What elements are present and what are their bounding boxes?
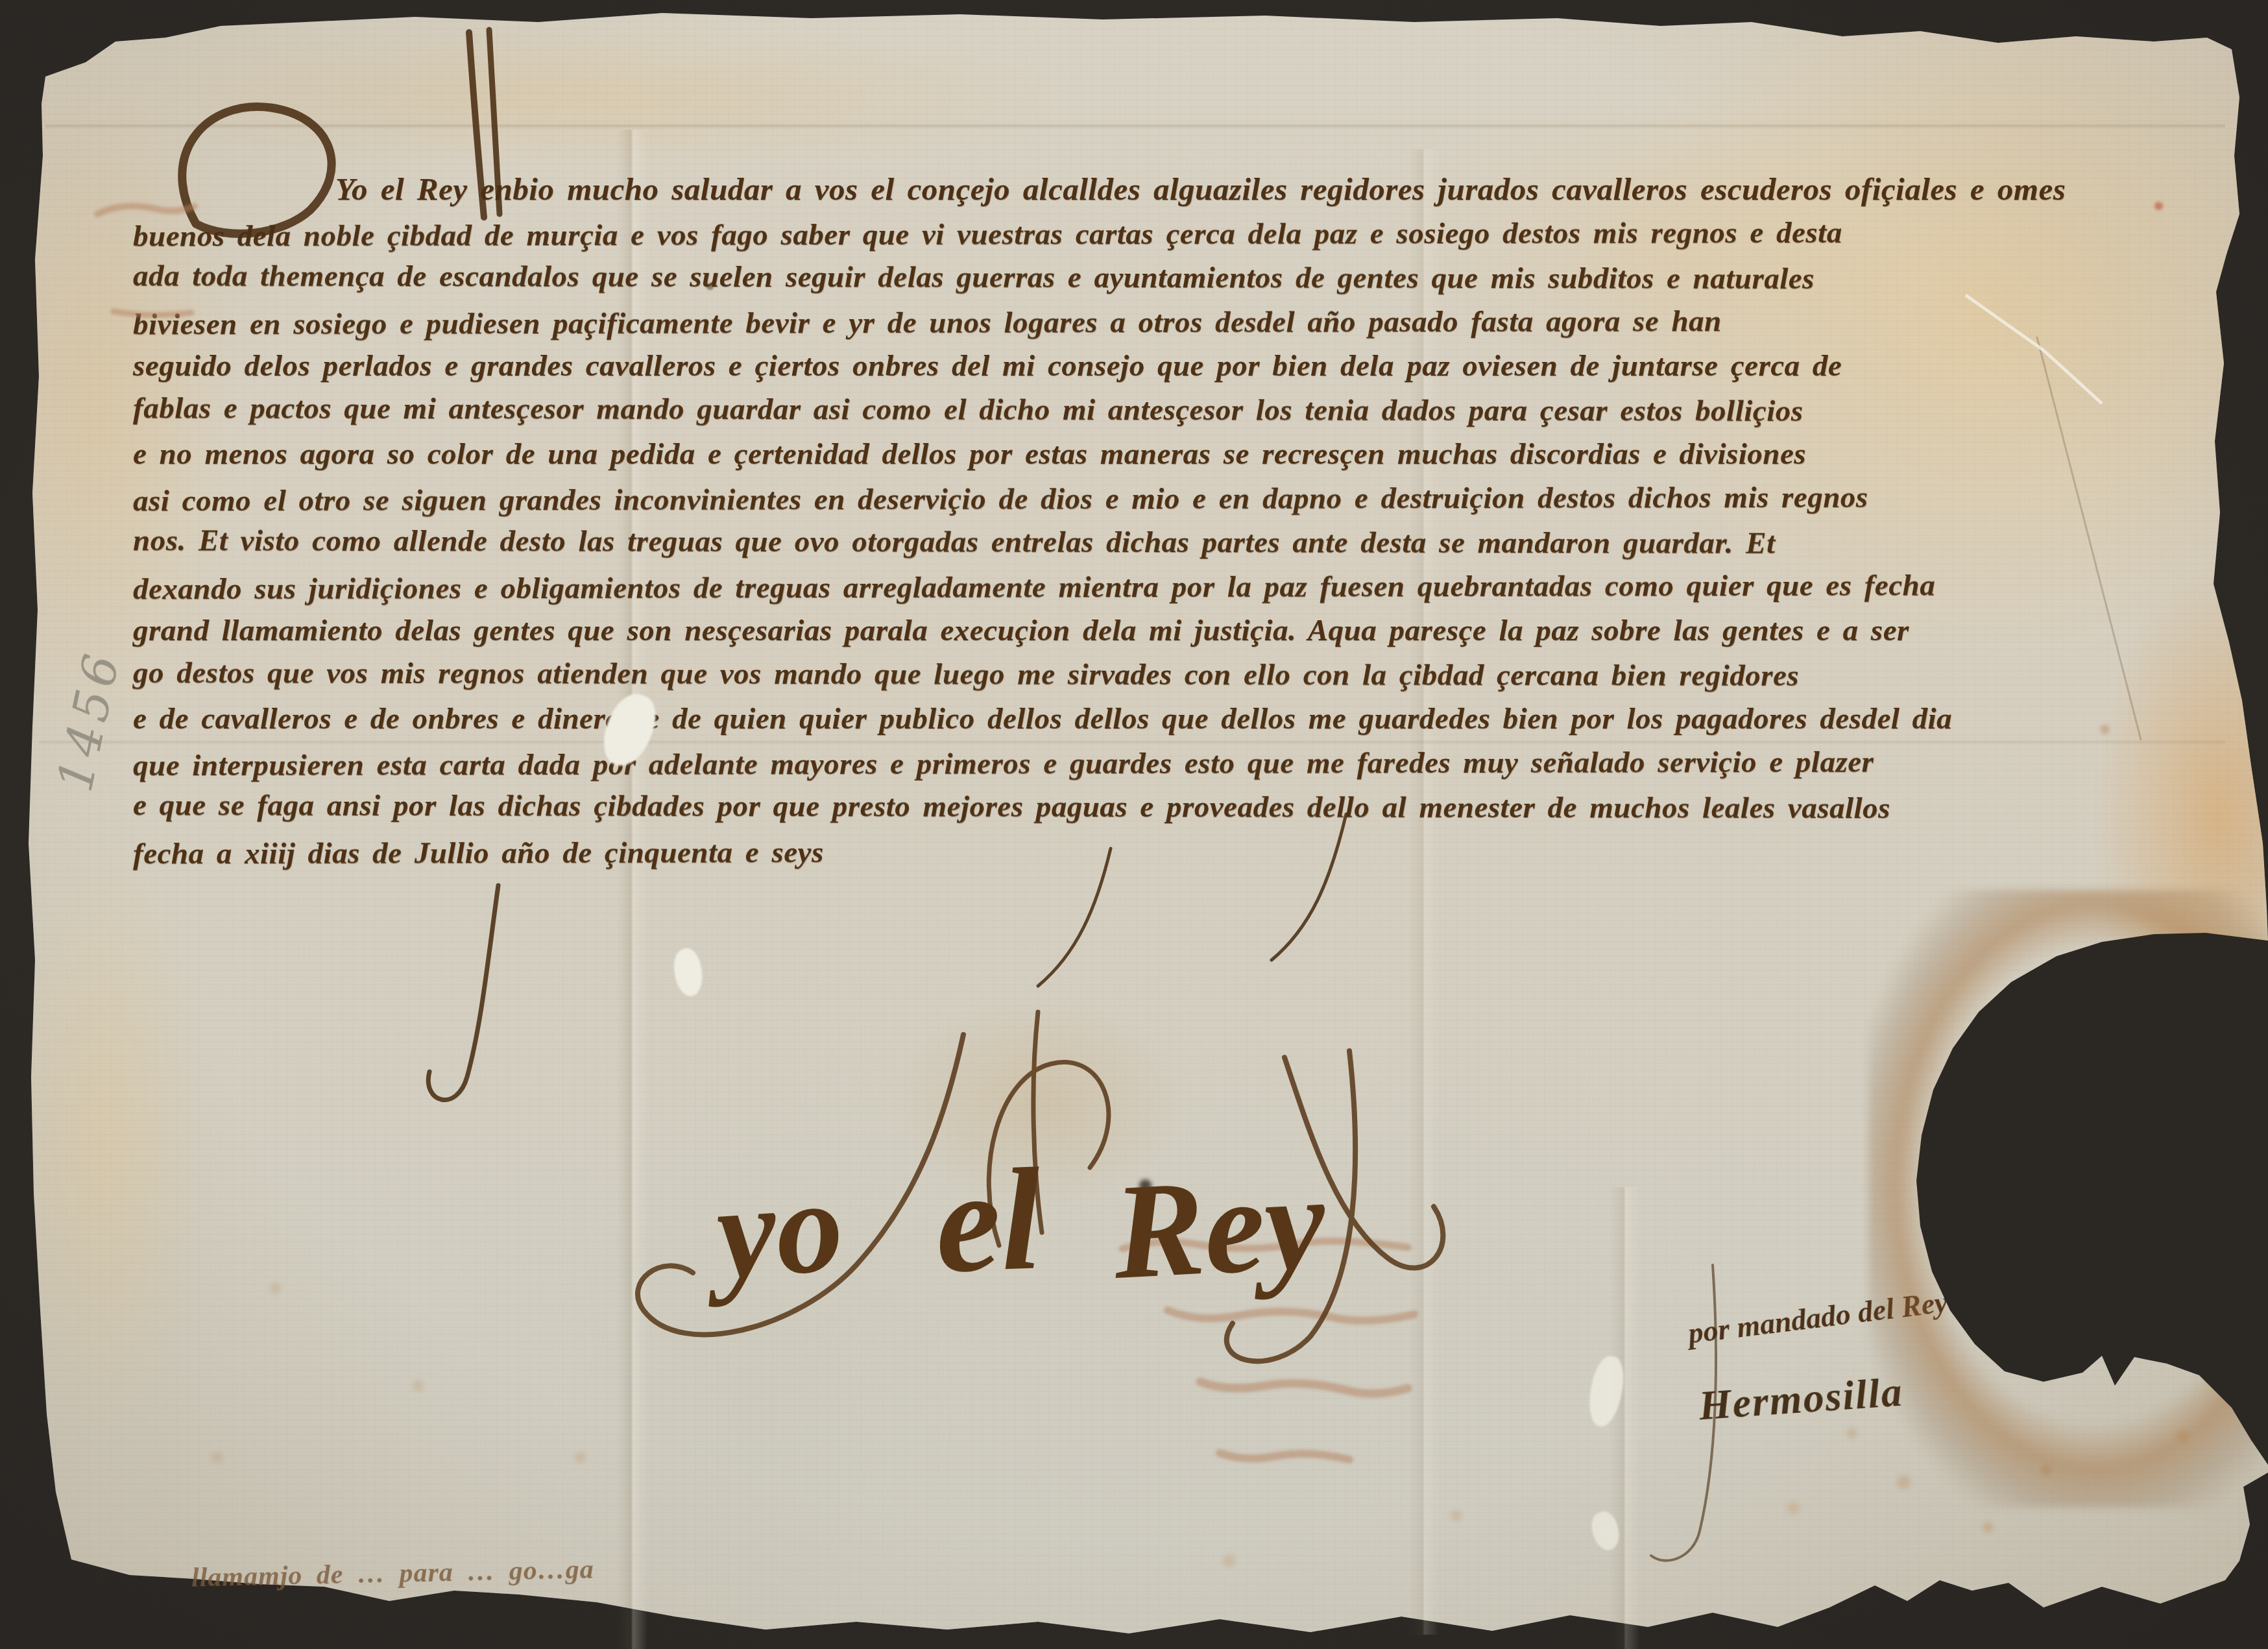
manuscript-line: fecha a xiiij dias de Jullio año de çinq… (133, 828, 2177, 876)
manuscript-line: que interpusieren esta carta dada por ad… (133, 740, 2177, 788)
manuscript-line: seguido delos perlados e grandes cavalle… (133, 344, 2177, 388)
manuscript-line: go destos que vos mis regnos atienden qu… (133, 651, 2177, 698)
manuscript-line: dexando sus juridiçiones e obligamientos… (133, 563, 2177, 612)
manuscript-lines: Yo el Rey enbio mucho saludar a vos el c… (133, 167, 2177, 873)
manuscript-line: nos. Et visto como allende desto las tre… (133, 518, 2177, 566)
manuscript-line: buenos dela noble çibdad de murçia e vos… (133, 210, 2177, 259)
manuscript-line: e de cavalleros e de onbres e dineros e … (133, 697, 2177, 741)
manuscript-line: e que se faga ansi por las dichas çibdad… (133, 783, 2177, 830)
manuscript-line: ada toda themença de escandalos que se s… (133, 254, 2177, 301)
manuscript-line: Yo el Rey enbio mucho saludar a vos el c… (133, 167, 2177, 211)
manuscript-line: fablas e pactos que mi antesçesor mando … (133, 386, 2177, 433)
manuscript-line: grand llamamiento delas gentes que son n… (133, 608, 2177, 653)
manuscript-photo: Yo el Rey enbio mucho saludar a vos el c… (0, 0, 2268, 1649)
foxing-spots (0, 0, 6, 6)
manuscript-line: biviesen en sosiego e pudiesen paçificam… (133, 298, 2177, 347)
manuscript-line: asi como el otro se siguen grandes incon… (133, 475, 2177, 524)
manuscript-line: e no menos agora so color de una pedida … (133, 432, 2177, 476)
